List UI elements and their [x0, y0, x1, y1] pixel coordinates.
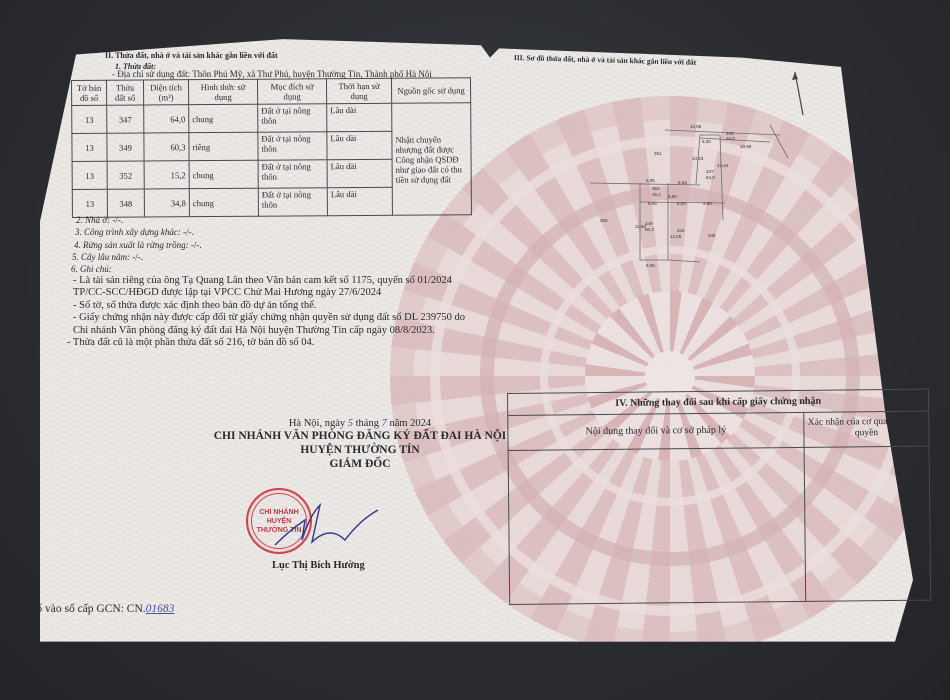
note-item: - Là tài sản riêng của ông Tạ Quang Lân …	[65, 275, 465, 300]
cell-purpose: Đất ở tại nông thôn	[258, 104, 327, 132]
item-label: 4. Rừng sản xuất là rừng trồng:	[74, 240, 189, 250]
plot-label: 64,0	[706, 175, 715, 180]
section-4-header-row: Nội dung thay đổi và cơ sở pháp lý Xác n…	[508, 412, 928, 451]
cell-usage-form: riêng	[189, 132, 258, 160]
note-item: - Thửa đất cũ là một phần thửa đất số 21…	[65, 337, 465, 349]
asset-items: 2. Nhà ở: -/-. 3. Công trình xây dựng kh…	[70, 214, 202, 275]
dimension-label: 6,05	[648, 201, 657, 206]
item-label: 2. Nhà ở:	[76, 215, 110, 225]
cell-usage-form: chung	[189, 188, 258, 216]
plot-label: 344	[677, 228, 685, 233]
issuing-office: CHI NHÁNH VĂN PHÒNG ĐĂNG KÝ ĐẤT ĐAI HÀ N…	[200, 429, 520, 443]
cell-area: 15,2	[144, 161, 189, 189]
cell-area: 64,0	[144, 105, 189, 133]
cell-map-sheet: 13	[72, 161, 107, 189]
note-item: - Số tờ, số thửa được xác định theo bản …	[65, 300, 465, 312]
item-perennial-trees: 5. Cây lâu năm: -/-.	[70, 251, 202, 263]
signature-block: Hà Nội, ngày 5 tháng 7 năm 2024 CHI NHÁN…	[200, 418, 520, 471]
dimension-label: 5,00	[702, 139, 711, 144]
item-planted-forest: 4. Rừng sản xuất là rừng trồng: -/-.	[70, 239, 202, 251]
dimension-label: 10,23	[692, 156, 704, 161]
section-2-title: II. Thửa đất, nhà ở và tài sản khác gắn …	[105, 51, 278, 60]
signer-name: Lục Thị Bích Hường	[272, 560, 365, 571]
cell-usage-form: chung	[189, 104, 258, 132]
cell-term: Lâu dài	[327, 103, 392, 131]
plot-label: 349	[645, 221, 653, 226]
dimension-label: 6,03	[678, 180, 687, 185]
month-label: tháng	[356, 418, 379, 429]
cell-origin: Nhận chuyển nhượng đất được Công nhận QS…	[392, 103, 472, 216]
address-label: - Địa chỉ sử dụng đất:	[112, 69, 190, 79]
col-header-usage-form: Hình thức sử dụng	[189, 79, 258, 104]
cell-purpose: Đất ở tại nông thôn	[258, 132, 327, 160]
north-arrow-icon	[790, 70, 810, 120]
item-label: 3. Công trình xây dựng khác:	[75, 227, 181, 237]
dimension-label: 5,00	[677, 201, 686, 206]
dimension-label: 3,00	[668, 194, 677, 199]
issue-date: Hà Nội, ngày 5 tháng 7 năm 2024	[200, 418, 520, 429]
cell-map-sheet: 13	[72, 105, 107, 133]
plot-label: 350	[600, 218, 608, 223]
cell-term: Lâu dài	[327, 131, 392, 159]
parcel-site-plan: 351 352 15,2 349 60,3 347 64,0 348 34,8 …	[590, 110, 810, 280]
date-prefix: Hà Nội, ngày	[289, 418, 345, 429]
col-header-area: Diện tích (m²)	[144, 80, 189, 105]
plot-label: 345	[708, 233, 716, 238]
cell-parcel: 349	[107, 133, 144, 161]
cell-purpose: Đất ở tại nông thôn	[258, 188, 327, 216]
item-value: -/-.	[191, 240, 202, 250]
dimension-label: 12,06	[670, 234, 682, 239]
changes-after-issuance-table: IV. Những thay đổi sau khi cấp giấy chứn…	[507, 389, 931, 605]
col-header-parcel: Thửa đất số	[107, 80, 144, 105]
cell-parcel: 352	[107, 161, 144, 189]
item-value: -/-.	[132, 252, 143, 262]
item-label: 5. Cây lâu năm:	[72, 252, 130, 262]
registry-number: Số vào sổ cấp GCN: CN.01683	[30, 603, 174, 615]
item-label: 6. Ghi chú:	[71, 264, 112, 274]
cell-area: 34,8	[144, 189, 189, 217]
date-month: 7	[382, 418, 387, 429]
table-header-row: Tờ bản đồ số Thửa đất số Diện tích (m²) …	[72, 78, 471, 106]
item-house: 2. Nhà ở: -/-.	[70, 214, 202, 226]
dimension-label: 11,60	[635, 224, 646, 229]
plot-label: 352	[652, 186, 660, 191]
dimension-label: 5,05	[646, 178, 655, 183]
notes-list: - Là tài sản riêng của ông Tạ Quang Lân …	[65, 275, 465, 349]
cell-term: Lâu dài	[327, 159, 392, 187]
dimension-label: 13,44	[717, 163, 729, 168]
signer-position: GIÁM ĐỐC	[200, 457, 520, 471]
handwritten-signature-icon	[270, 500, 380, 550]
plot-label: 351	[654, 151, 662, 156]
col-header-change-content: Nội dung thay đổi và cơ sở pháp lý	[508, 413, 804, 450]
cell-term: Lâu dài	[327, 187, 392, 215]
plot-label: 34,8	[726, 136, 735, 141]
dimension-label: 4,80	[703, 201, 712, 206]
registry-label: Số vào sổ cấp GCN:	[30, 603, 124, 615]
issuing-district: HUYỆN THƯỜNG TÍN	[200, 443, 520, 457]
cell-usage-form: chung	[189, 160, 258, 188]
col-header-term: Thời hạn sử dụng	[326, 78, 391, 103]
plot-label: 347	[706, 169, 714, 174]
item-value: -/-.	[183, 227, 194, 237]
item-other-construction: 3. Công trình xây dựng khác: -/-.	[70, 226, 202, 238]
item-value: -/-.	[112, 215, 123, 225]
cell-purpose: Đất ở tại nông thôn	[258, 160, 327, 188]
cell-map-sheet: 13	[72, 133, 107, 161]
cell-parcel: 348	[107, 189, 144, 217]
col-header-purpose: Mục đích sử dụng	[257, 79, 326, 104]
note-item: - Giấy chứng nhận này được cấp đổi từ gi…	[65, 312, 465, 337]
cell-area: 60,3	[144, 133, 189, 161]
dimension-label: 5,05	[646, 263, 655, 268]
table-row: 13 347 64,0 chung Đất ở tại nông thôn Lâ…	[72, 103, 471, 134]
registry-prefix: CN.	[127, 603, 146, 615]
dimension-label: 10,05	[690, 124, 702, 129]
cell-parcel: 347	[107, 105, 144, 133]
col-header-map-sheet: Tờ bản đồ số	[72, 80, 107, 105]
date-year: năm 2024	[389, 418, 431, 429]
col-header-authority-confirmation: Xác nhận của cơ quan có thẩm quyền	[804, 412, 928, 447]
land-parcel-table: Tờ bản đồ số Thửa đất số Diện tích (m²) …	[71, 77, 472, 218]
dimension-label: 10,98	[740, 144, 752, 149]
registry-handwritten-number: 01683	[146, 603, 175, 615]
col-header-origin: Nguồn gốc sử dụng	[391, 78, 470, 104]
plot-label: 60,3	[645, 227, 654, 232]
date-day: 5	[348, 418, 353, 429]
item-notes-heading: 6. Ghi chú:	[70, 263, 202, 275]
plot-label: 15,2	[652, 192, 661, 197]
